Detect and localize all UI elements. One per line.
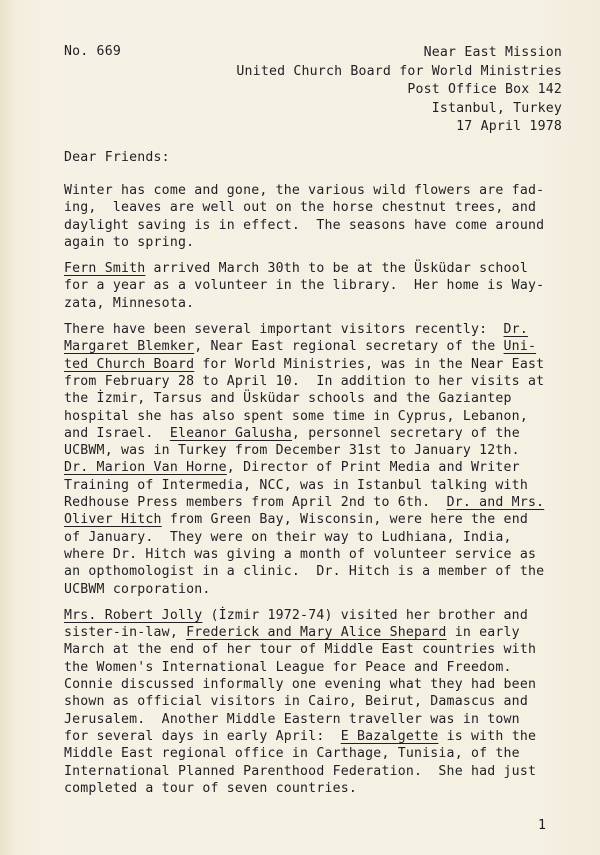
- underlined-name: Dr. and Mrs.: [447, 495, 545, 510]
- underlined-name: Margaret Blemker: [64, 339, 194, 354]
- text-line: of January. They were on their way to Lu…: [64, 529, 574, 546]
- text-line: the Women's International League for Pea…: [64, 659, 574, 676]
- underlined-name: Dr.: [504, 322, 528, 337]
- text-line: Connie discussed informally one evening …: [64, 676, 574, 693]
- text-segment: in early: [447, 625, 520, 640]
- underlined-name: Uni-: [504, 339, 537, 354]
- text-line: UCBWM corporation.: [64, 581, 574, 598]
- text-line: sister-in-law, Frederick and Mary Alice …: [64, 624, 574, 641]
- text-segment: is with the: [438, 729, 536, 744]
- text-segment: , Near East regional secretary of the: [194, 339, 503, 354]
- text-line: March at the end of her tour of Middle E…: [64, 641, 574, 658]
- text-segment: (İzmir 1972-74) visited her brother and: [202, 608, 528, 623]
- paragraph: There have been several important visito…: [64, 321, 574, 598]
- address-line-org: Near East Mission: [236, 44, 562, 63]
- text-segment: from Green Bay, Wisconsin, were here the…: [162, 512, 528, 527]
- text-segment: for a year as a volunteer in the library…: [64, 278, 544, 293]
- text-segment: from February 28 to April 10. In additio…: [64, 374, 544, 389]
- text-line: from February 28 to April 10. In additio…: [64, 373, 574, 390]
- paragraph: Mrs. Robert Jolly (İzmir 1972-74) visite…: [64, 607, 574, 797]
- address-line-box: Post Office Box 142: [236, 81, 562, 100]
- document-number: No. 669: [64, 44, 121, 59]
- text-line: Jerusalem. Another Middle Eastern travel…: [64, 711, 574, 728]
- text-line: the İzmir, Tarsus and Üsküdar schools an…: [64, 390, 574, 407]
- text-segment: Redhouse Press members from April 2nd to…: [64, 495, 447, 510]
- text-line: an opthomologist in a clinic. Dr. Hitch …: [64, 563, 574, 580]
- text-segment: sister-in-law,: [64, 625, 186, 640]
- text-segment: for World Ministries, was in the Near Ea…: [194, 357, 544, 372]
- text-segment: an opthomologist in a clinic. Dr. Hitch …: [64, 564, 544, 579]
- paragraph: Winter has come and gone, the various wi…: [64, 182, 574, 251]
- text-segment: and Israel.: [64, 426, 170, 441]
- text-line: where Dr. Hitch was giving a month of vo…: [64, 546, 574, 563]
- text-segment: of January. They were on their way to Lu…: [64, 530, 512, 545]
- letter-date: 17 April 1978: [236, 118, 562, 137]
- text-segment: arrived March 30th to be at the Üsküdar …: [145, 261, 528, 276]
- text-segment: Jerusalem. Another Middle Eastern travel…: [64, 712, 520, 727]
- text-line: Oliver Hitch from Green Bay, Wisconsin, …: [64, 511, 574, 528]
- text-segment: March at the end of her tour of Middle E…: [64, 642, 536, 657]
- document-page: No. 669 Near East Mission United Church …: [0, 0, 600, 855]
- paragraph: Fern Smith arrived March 30th to be at t…: [64, 260, 574, 312]
- text-line: Winter has come and gone, the various wi…: [64, 182, 574, 199]
- text-segment: again to spring.: [64, 235, 194, 250]
- text-line: Fern Smith arrived March 30th to be at t…: [64, 260, 574, 277]
- text-line: again to spring.: [64, 234, 574, 251]
- text-line: ted Church Board for World Ministries, w…: [64, 356, 574, 373]
- text-line: Redhouse Press members from April 2nd to…: [64, 494, 574, 511]
- underlined-name: E Bazalgette: [341, 729, 439, 744]
- text-line: daylight saving is in effect. The season…: [64, 217, 574, 234]
- letter-body: Winter has come and gone, the various wi…: [64, 182, 574, 806]
- text-segment: , personnel secretary of the: [292, 426, 520, 441]
- text-line: hospital she has also spent some time in…: [64, 408, 574, 425]
- underlined-name: ted Church Board: [64, 357, 194, 372]
- underlined-name: Mrs. Robert Jolly: [64, 608, 202, 623]
- underlined-name: Eleanor Galusha: [170, 426, 292, 441]
- text-segment: Connie discussed informally one evening …: [64, 677, 536, 692]
- text-segment: the Women's International League for Pea…: [64, 660, 512, 675]
- text-line: zata, Minnesota.: [64, 295, 574, 312]
- text-line: for a year as a volunteer in the library…: [64, 277, 574, 294]
- underlined-name: Dr. Marion Van Horne: [64, 460, 227, 475]
- text-segment: completed a tour of seven countries.: [64, 781, 357, 796]
- underlined-name: Fern Smith: [64, 261, 145, 276]
- text-segment: , Director of Print Media and Writer: [227, 460, 520, 475]
- text-segment: zata, Minnesota.: [64, 296, 194, 311]
- salutation: Dear Friends:: [64, 150, 170, 165]
- text-line: Middle East regional office in Carthage,…: [64, 745, 574, 762]
- text-segment: for several days in early April:: [64, 729, 341, 744]
- text-segment: UCBWM corporation.: [64, 582, 211, 597]
- text-line: ing, leaves are well out on the horse ch…: [64, 199, 574, 216]
- sender-address: Near East Mission United Church Board fo…: [236, 44, 562, 137]
- text-segment: shown as official visitors in Cairo, Bei…: [64, 694, 528, 709]
- text-segment: daylight saving is in effect. The season…: [64, 218, 544, 233]
- text-line: completed a tour of seven countries.: [64, 780, 574, 797]
- text-line: UCBWM, was in Turkey from December 31st …: [64, 442, 574, 459]
- text-line: There have been several important visito…: [64, 321, 574, 338]
- text-segment: where Dr. Hitch was giving a month of vo…: [64, 547, 536, 562]
- text-segment: hospital she has also spent some time in…: [64, 409, 528, 424]
- address-line-city: Istanbul, Turkey: [236, 100, 562, 119]
- text-segment: UCBWM, was in Turkey from December 31st …: [64, 443, 520, 458]
- text-line: Training of Intermedia, NCC, was in Ista…: [64, 477, 574, 494]
- text-line: Dr. Marion Van Horne, Director of Print …: [64, 459, 574, 476]
- text-segment: There have been several important visito…: [64, 322, 504, 337]
- text-segment: International Planned Parenthood Federat…: [64, 764, 536, 779]
- underlined-name: Frederick and Mary Alice Shepard: [186, 625, 446, 640]
- text-line: and Israel. Eleanor Galusha, personnel s…: [64, 425, 574, 442]
- text-segment: Middle East regional office in Carthage,…: [64, 746, 520, 761]
- page-number: 1: [538, 818, 546, 833]
- text-line: shown as official visitors in Cairo, Bei…: [64, 693, 574, 710]
- text-segment: the İzmir, Tarsus and Üsküdar schools an…: [64, 391, 512, 406]
- text-line: International Planned Parenthood Federat…: [64, 763, 574, 780]
- text-segment: ing, leaves are well out on the horse ch…: [64, 200, 536, 215]
- address-line-board: United Church Board for World Ministries: [236, 63, 562, 82]
- text-line: for several days in early April: E Bazal…: [64, 728, 574, 745]
- underlined-name: Oliver Hitch: [64, 512, 162, 527]
- text-line: Mrs. Robert Jolly (İzmir 1972-74) visite…: [64, 607, 574, 624]
- text-segment: Winter has come and gone, the various wi…: [64, 183, 544, 198]
- text-line: Margaret Blemker, Near East regional sec…: [64, 338, 574, 355]
- text-segment: Training of Intermedia, NCC, was in Ista…: [64, 478, 528, 493]
